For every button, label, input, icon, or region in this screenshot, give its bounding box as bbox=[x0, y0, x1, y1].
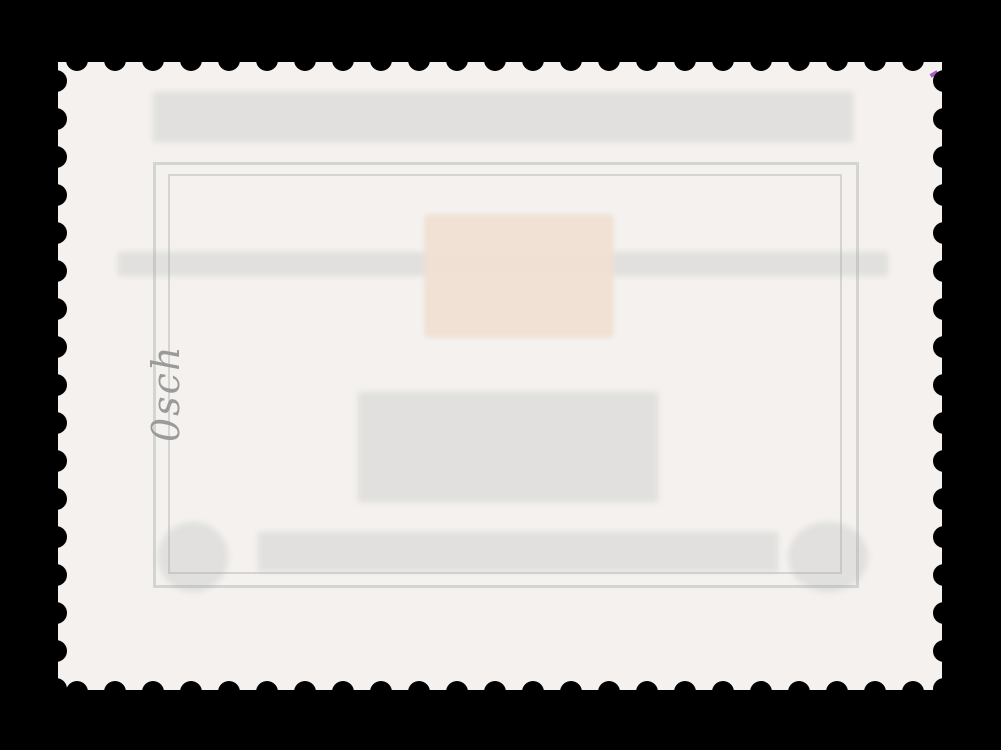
perforation-hole bbox=[674, 49, 696, 71]
photo-scene: 0sch bbox=[0, 0, 1001, 750]
perforation-hole bbox=[864, 49, 886, 71]
perforation-hole bbox=[408, 681, 430, 703]
perforation-hole bbox=[332, 49, 354, 71]
perforation-hole bbox=[45, 450, 67, 472]
perforation-hole bbox=[370, 49, 392, 71]
perforation-hole bbox=[933, 678, 955, 700]
perforation-hole bbox=[256, 681, 278, 703]
perforation-hole bbox=[933, 146, 955, 168]
perforation-hole bbox=[933, 222, 955, 244]
perforation-hole bbox=[180, 681, 202, 703]
perforation-hole bbox=[45, 336, 67, 358]
perforation-hole bbox=[294, 49, 316, 71]
perforation-hole bbox=[66, 681, 88, 703]
perforation-hole bbox=[598, 49, 620, 71]
perforation-hole bbox=[45, 564, 67, 586]
perforation-hole bbox=[370, 681, 392, 703]
perforation-hole bbox=[933, 488, 955, 510]
perforation-hole bbox=[45, 298, 67, 320]
perforation-hole bbox=[560, 681, 582, 703]
perforation-hole bbox=[45, 526, 67, 548]
show-through-center-motif bbox=[358, 392, 658, 502]
perforation-hole bbox=[484, 681, 506, 703]
pencil-note: 0sch bbox=[144, 345, 188, 442]
perforation-hole bbox=[45, 374, 67, 396]
perforation-hole bbox=[933, 260, 955, 282]
perforation-hole bbox=[180, 49, 202, 71]
perforation-hole bbox=[45, 146, 67, 168]
perforation-hole bbox=[45, 70, 67, 92]
stamp-hinge-remnant bbox=[424, 214, 614, 338]
perforation-hole bbox=[902, 681, 924, 703]
perforation-hole bbox=[598, 681, 620, 703]
show-through-left-circle bbox=[158, 522, 228, 592]
perforation-hole bbox=[408, 49, 430, 71]
perforation-hole bbox=[294, 681, 316, 703]
perforation-hole bbox=[66, 49, 88, 71]
perforation-hole bbox=[788, 681, 810, 703]
perforation-hole bbox=[933, 412, 955, 434]
perforation-hole bbox=[45, 640, 67, 662]
perforation-hole bbox=[256, 49, 278, 71]
perforation-hole bbox=[712, 681, 734, 703]
perforation-hole bbox=[104, 49, 126, 71]
perforation-hole bbox=[45, 488, 67, 510]
perforation-hole bbox=[933, 374, 955, 396]
perforation-hole bbox=[712, 49, 734, 71]
perforation-hole bbox=[522, 49, 544, 71]
perforation-hole bbox=[446, 49, 468, 71]
perforation-hole bbox=[218, 681, 240, 703]
perforation-hole bbox=[674, 681, 696, 703]
perforation-hole bbox=[45, 108, 67, 130]
perforation-hole bbox=[933, 602, 955, 624]
show-through-right-circle bbox=[788, 522, 868, 592]
perforation-hole bbox=[788, 49, 810, 71]
perforation-hole bbox=[933, 526, 955, 548]
perforation-hole bbox=[826, 49, 848, 71]
perforation-hole bbox=[933, 298, 955, 320]
perforation-hole bbox=[933, 108, 955, 130]
perforation-hole bbox=[560, 49, 582, 71]
perforation-hole bbox=[933, 184, 955, 206]
perforation-hole bbox=[446, 681, 468, 703]
perforation-hole bbox=[826, 681, 848, 703]
perforation-hole bbox=[933, 70, 955, 92]
stamp-back: 0sch bbox=[58, 62, 942, 690]
show-through-bottom-band bbox=[258, 532, 778, 572]
perforation-hole bbox=[636, 49, 658, 71]
perforation-hole bbox=[933, 640, 955, 662]
perforation-hole bbox=[45, 260, 67, 282]
show-through-top-band bbox=[153, 92, 853, 142]
perforation-hole bbox=[750, 49, 772, 71]
perforation-hole bbox=[104, 681, 126, 703]
perforation-hole bbox=[522, 681, 544, 703]
perforation-hole bbox=[332, 681, 354, 703]
perforation-hole bbox=[933, 450, 955, 472]
perforation-hole bbox=[750, 681, 772, 703]
perforation-hole bbox=[142, 49, 164, 71]
perforation-hole bbox=[933, 564, 955, 586]
perforation-hole bbox=[45, 602, 67, 624]
perforation-hole bbox=[142, 681, 164, 703]
perforation-hole bbox=[484, 49, 506, 71]
perforation-hole bbox=[45, 184, 67, 206]
perforation-hole bbox=[218, 49, 240, 71]
perforation-hole bbox=[636, 681, 658, 703]
perforation-hole bbox=[902, 49, 924, 71]
perforation-hole bbox=[45, 412, 67, 434]
perforation-hole bbox=[864, 681, 886, 703]
perforation-hole bbox=[933, 336, 955, 358]
perforation-hole bbox=[45, 678, 67, 700]
perforation-hole bbox=[45, 222, 67, 244]
